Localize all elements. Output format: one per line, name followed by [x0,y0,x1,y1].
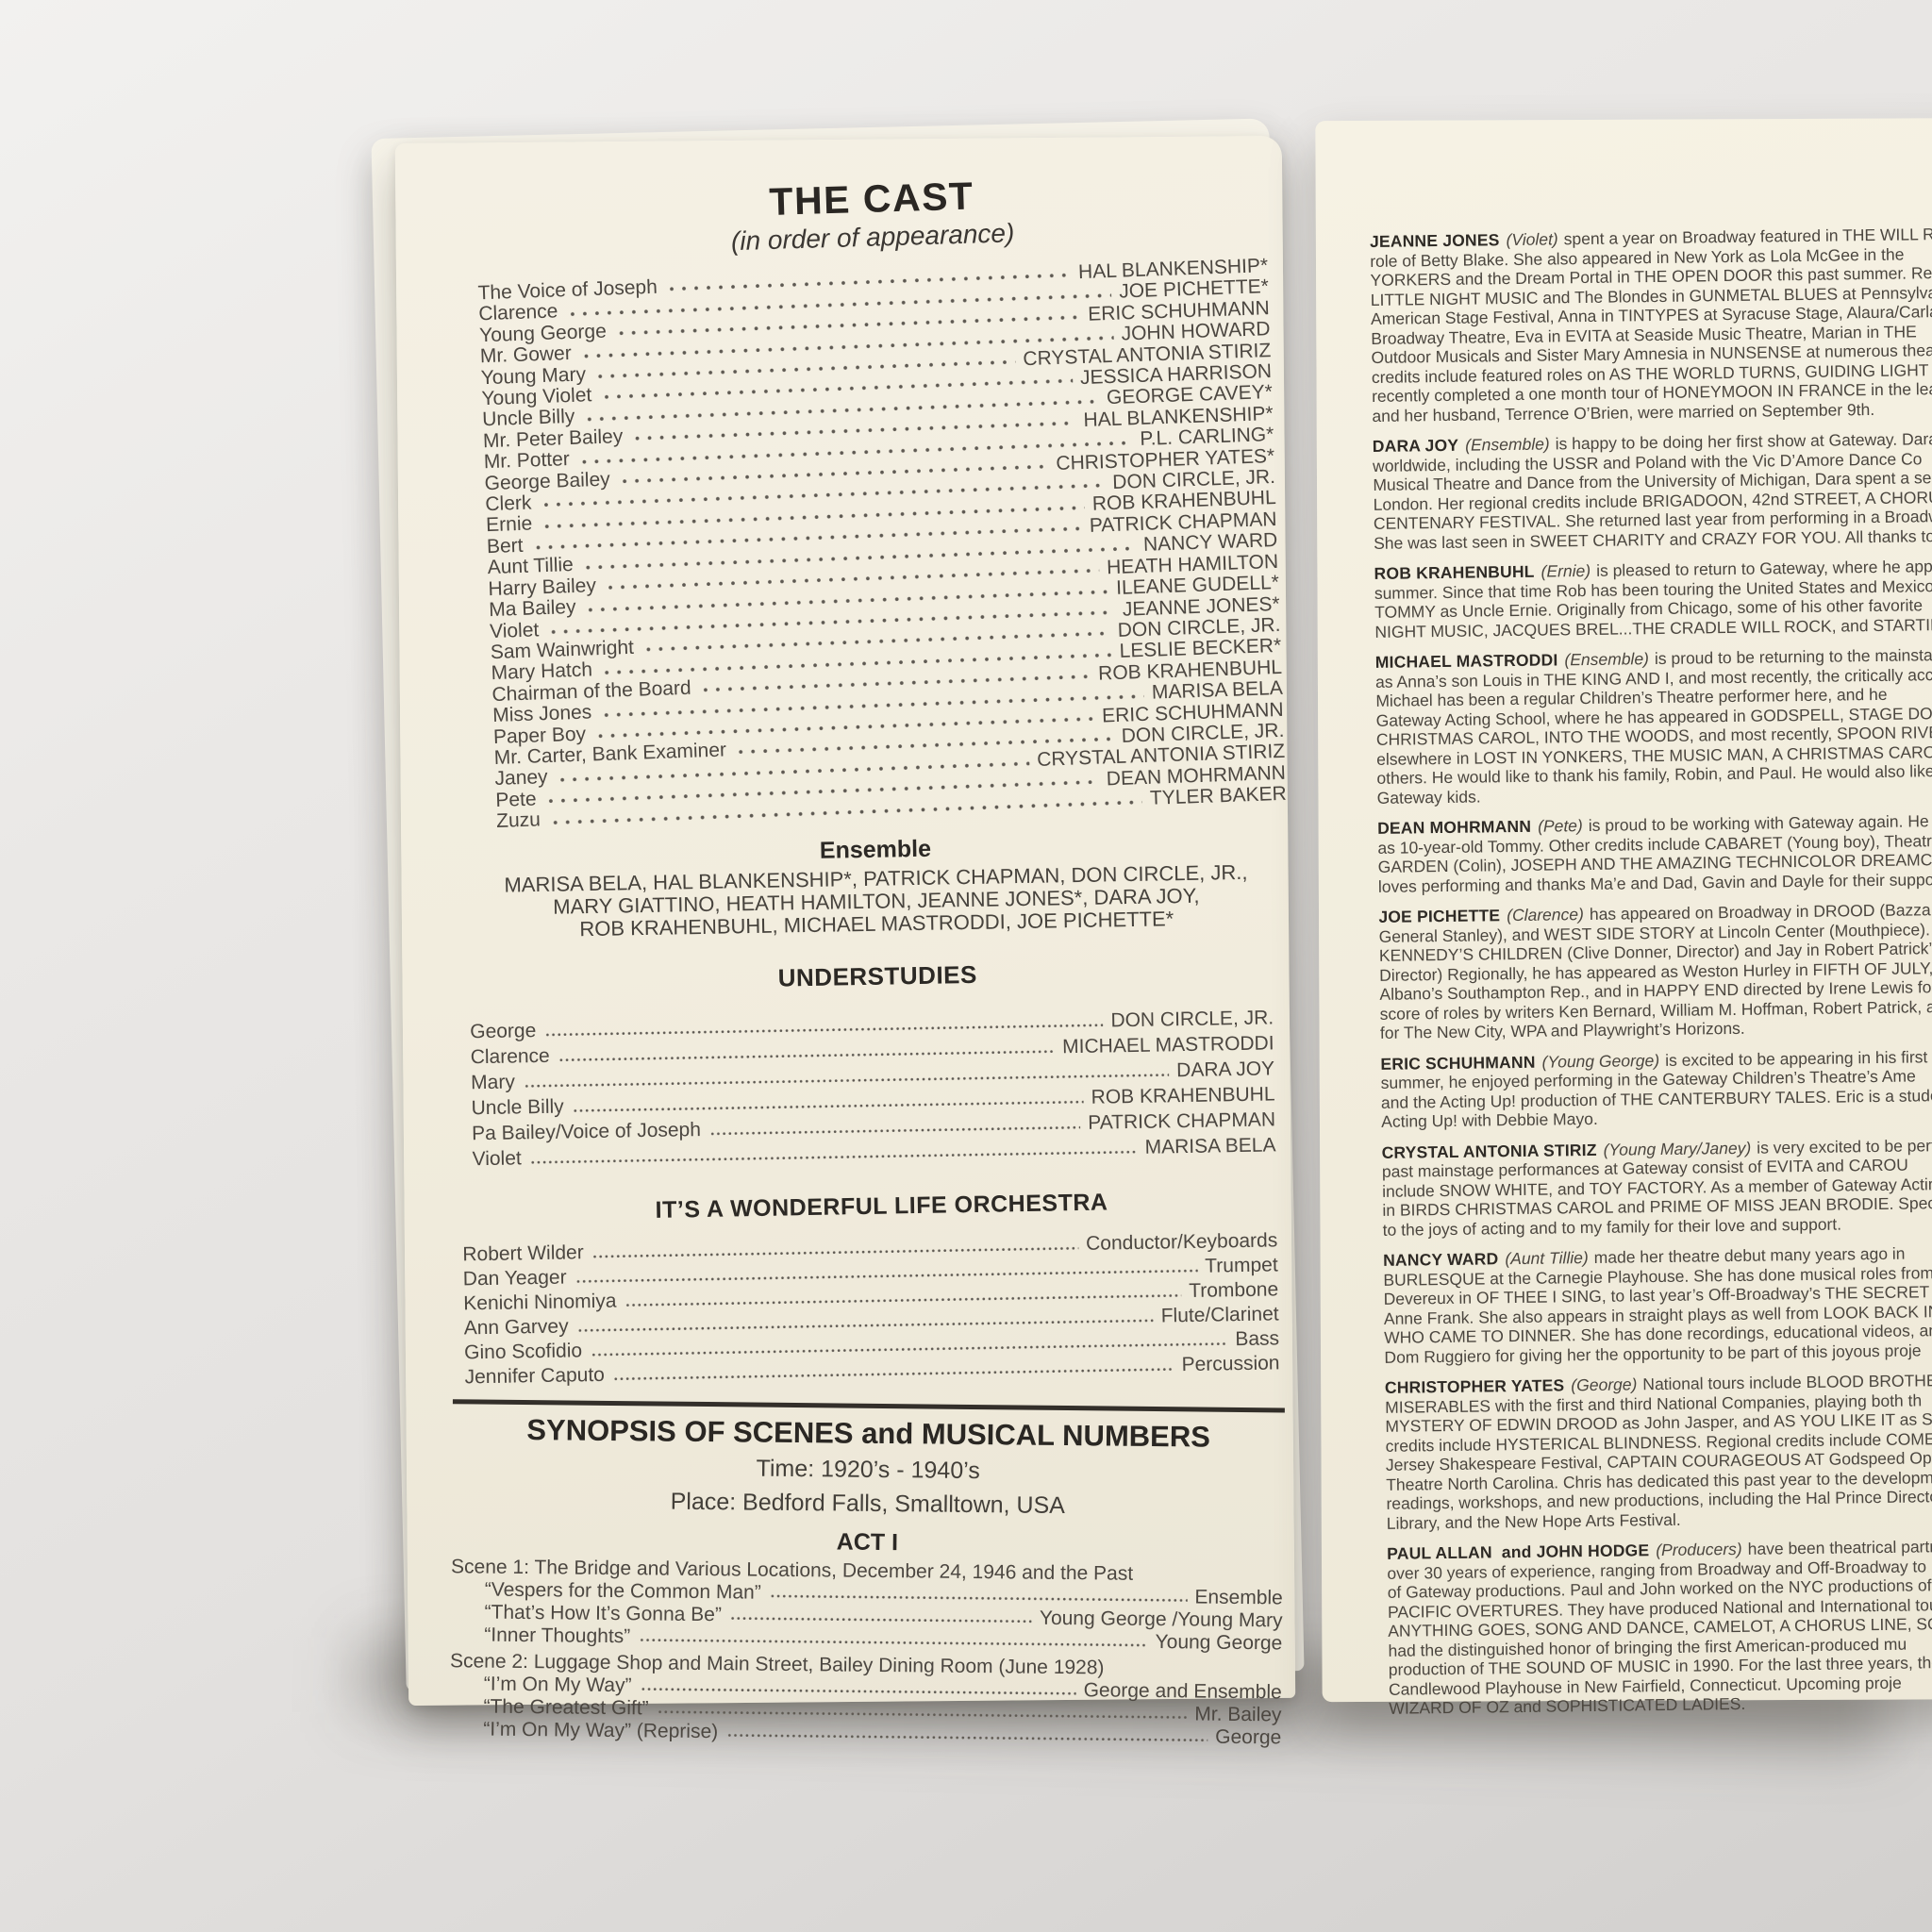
song-title: “Inner Thoughts” [450,1624,639,1648]
understudy-role: George [470,1017,545,1043]
bio-actor-name: CRYSTAL ANTONIA STIRIZ [1382,1140,1597,1161]
bio-paragraph: JOE PICHETTE(Clarence)has appeared on Br… [1378,895,1932,1042]
bio-actor-name: DEAN MOHRMANN [1377,817,1531,838]
cast-role: Ma Bailey [489,597,585,622]
dot-leader [530,1145,1138,1168]
bio-actor-name: MICHAEL MASTRODDI [1375,650,1558,672]
ensemble-names: MARISA BELA, HAL BLANKENSHIP*, PATRICK C… [480,860,1272,942]
synopsis-time: Time: 1920’s - 1940’s [452,1452,1284,1488]
cast-header: THE CAST (in order of appearance) [476,167,1269,264]
bio-body-text: General Stanley), and WEST SIDE STORY at… [1379,915,1932,1042]
dot-leader [639,1633,1148,1651]
dot-leader [730,1611,1032,1626]
bio-character-role: (Ensemble) [1564,649,1649,669]
bio-character-role: (Young George) [1541,1051,1659,1072]
bio-paragraph: CRYSTAL ANTONIA STIRIZ(Young Mary/Janey)… [1382,1131,1932,1240]
song-title: “Vespers for the Common Man” [451,1578,770,1605]
bio-character-role: (Producers) [1656,1540,1742,1559]
bio-body-text: summer, he enjoyed performing in the Gat… [1381,1061,1932,1131]
bio-body-text: past mainstage performances at Gateway c… [1382,1150,1932,1239]
bio-first-text: is proud to be returning to the mainstag… [1655,645,1932,668]
song-title: “That’s How It’s Gonna Be” [450,1601,730,1626]
dot-leader [770,1589,1188,1606]
cast-actor: TYLER BAKER [1142,784,1287,810]
musician-part: Conductor/Keyboards [1078,1228,1278,1257]
understudies-list: George DON CIRCLE, JR. Clarence MICHAEL … [470,1005,1276,1172]
cast-role: Clerk [485,492,541,515]
bio-first-text: have been theatrical partners s [1748,1537,1932,1558]
understudy-role: Pa Bailey/Voice of Joseph [472,1116,709,1145]
bio-paragraph: ERIC SCHUHMANN(Young George)is excited t… [1380,1042,1932,1131]
synopsis-heading: SYNOPSIS OF SCENES and MUSICAL NUMBERS [452,1413,1284,1454]
musician-name: Robert Wilder [462,1241,592,1267]
bio-character-role: (Clarence) [1507,905,1584,924]
song-performer: George and Ensemble [1075,1679,1281,1704]
song-performer: Young George /Young Mary [1032,1607,1283,1632]
musician-part: Trumpet [1197,1253,1278,1278]
orchestra-heading: IT’S A WONDERFUL LIFE ORCHESTRA [486,1186,1276,1227]
bio-body-text: as Anna’s son Louis in THE KING AND I, a… [1375,660,1932,808]
bio-body-text: summer. Since that time Rob has been tou… [1374,572,1932,641]
ensemble-understudies-orchestra: Ensemble MARISA BELA, HAL BLANKENSHIP*, … [480,829,1280,1390]
bio-actor-name: PAUL ALLAN and JOHN HODGE [1387,1541,1649,1563]
song-title: “The Greatest Gift” [449,1695,657,1720]
bio-actor-name: DARA JOY [1373,436,1459,456]
bio-body-text: as 10-year-old Tommy. Other credits incl… [1377,826,1932,896]
bio-character-role: (Ernie) [1541,561,1591,581]
bio-actor-name: ROB KRAHENBUHL [1374,562,1534,583]
scene2-songs: “I’m On My Way” George and Ensemble “The… [449,1673,1282,1749]
orchestra-list: Robert Wilder Conductor/Keyboards Dan Ye… [462,1228,1280,1390]
musician-name: Kenichi Ninomiya [463,1289,625,1316]
bio-character-role: (Aunt Tillie) [1505,1248,1589,1268]
bio-paragraph: CHRISTOPHER YATES(George)National tours … [1385,1366,1932,1532]
dot-leader [657,1705,1187,1723]
musician-name: Ann Garvey [464,1314,577,1341]
program-left-page: THE CAST (in order of appearance) The Vo… [395,136,1295,1706]
musician-name: Gino Scofidio [464,1339,591,1365]
understudies-heading: UNDERSTUDIES [482,955,1273,998]
bio-character-role: (Pete) [1538,816,1583,836]
song-performer: George [1207,1725,1281,1749]
act-heading: ACT I [451,1524,1283,1560]
understudy-role: Uncle Billy [471,1093,572,1121]
cast-role: Bert [487,535,532,558]
understudy-role: Mary [471,1069,524,1095]
bio-first-text: is very excited to be perfor [1757,1135,1932,1157]
dot-leader [640,1682,1075,1699]
bio-paragraph: DEAN MOHRMANN(Pete)is proud to be workin… [1377,807,1932,895]
song-title: “I’m On My Way” [450,1673,641,1697]
bio-body-text: BURLESQUE at the Carnegie Playhouse. She… [1383,1258,1932,1367]
dot-leader [613,1362,1174,1384]
musician-part: Percussion [1174,1351,1279,1377]
scene1-songs: “Vespers for the Common Man” Ensemble “T… [450,1578,1283,1655]
understudy-actor: DON CIRCLE, JR. [1103,1005,1274,1033]
understudy-role: Violet [472,1145,530,1172]
musician-name: Jennifer Caputo [464,1362,613,1390]
bio-paragraph: MICHAEL MASTRODDI(Ensemble)is proud to b… [1375,641,1932,807]
bio-paragraph: ROB KRAHENBUHL(Ernie)is pleased to retur… [1374,552,1932,641]
bio-paragraph: PAUL ALLAN and JOHN HODGE(Producers)have… [1387,1532,1932,1718]
bio-character-role: (George) [1571,1374,1637,1394]
cast-role: Zuzu [496,809,549,832]
bio-list: JEANNE JONES(Violet)spent a year on Broa… [1370,220,1932,1718]
understudy-actor: MARISA BELA [1137,1132,1275,1160]
bio-body-text: over 30 years of experience, ranging fro… [1387,1552,1932,1718]
bio-actor-name: NANCY WARD [1383,1249,1499,1270]
understudy-actor: PATRICK CHAPMAN [1080,1107,1275,1136]
musician-part: Flute/Clarinet [1154,1302,1279,1328]
understudy-role: Clarence [470,1042,558,1070]
song-performer: Young George [1147,1631,1282,1655]
synopsis-section: SYNOPSIS OF SCENES and MUSICAL NUMBERS T… [449,1399,1285,1749]
bio-body-text: role of Betty Blake. She also appeared i… [1370,240,1932,425]
understudy-actor: ROB KRAHENBUHL [1083,1081,1274,1110]
dot-leader [726,1728,1207,1745]
cast-role: Janey [494,767,557,791]
bio-paragraph: DARA JOY(Ensemble)is happy to be doing h… [1373,425,1932,552]
bio-first-text: National tours include BLOOD BROTHERS wi… [1642,1370,1932,1393]
bio-character-role: (Violet) [1506,229,1557,249]
musician-name: Dan Yeager [463,1265,575,1291]
song-performer: Ensemble [1187,1586,1283,1609]
understudy-actor: DARA JOY [1169,1056,1274,1083]
bio-character-role: (Ensemble) [1465,434,1550,454]
bio-actor-name: CHRISTOPHER YATES [1385,1375,1565,1396]
musician-part: Bass [1227,1326,1279,1352]
bio-actor-name: JOE PICHETTE [1378,906,1500,926]
musician-part: Trombone [1181,1277,1278,1304]
bio-body-text: worldwide, including the USSR and Poland… [1373,444,1932,553]
song-performer: Mr. Bailey [1187,1703,1281,1726]
song-title: “I’m On My Way” (Reprise) [449,1718,726,1743]
bio-actor-name: JEANNE JONES [1370,230,1500,251]
bio-character-role: (Young Mary/Janey) [1603,1138,1751,1158]
bio-actor-name: ERIC SCHUHMANN [1380,1052,1535,1073]
cast-role: Pete [495,789,545,811]
photo-surface: THE CAST (in order of appearance) The Vo… [0,0,1932,1932]
section-divider [453,1399,1285,1412]
bio-paragraph: NANCY WARD(Aunt Tillie)made her theatre … [1383,1239,1932,1366]
cast-list: The Voice of Joseph HAL BLANKENSHIP* Cla… [477,256,1287,832]
bio-paragraph: JEANNE JONES(Violet)spent a year on Broa… [1370,220,1932,425]
understudy-actor: MICHAEL MASTRODDI [1055,1030,1274,1059]
cast-role: Ernie [486,514,541,537]
synopsis-place: Place: Bedford Falls, Smalltown, USA [452,1486,1284,1522]
program-right-page: JEANNE JONES(Violet)spent a year on Broa… [1315,117,1932,1702]
bio-body-text: MISERABLES with the first and third Nati… [1385,1386,1932,1533]
